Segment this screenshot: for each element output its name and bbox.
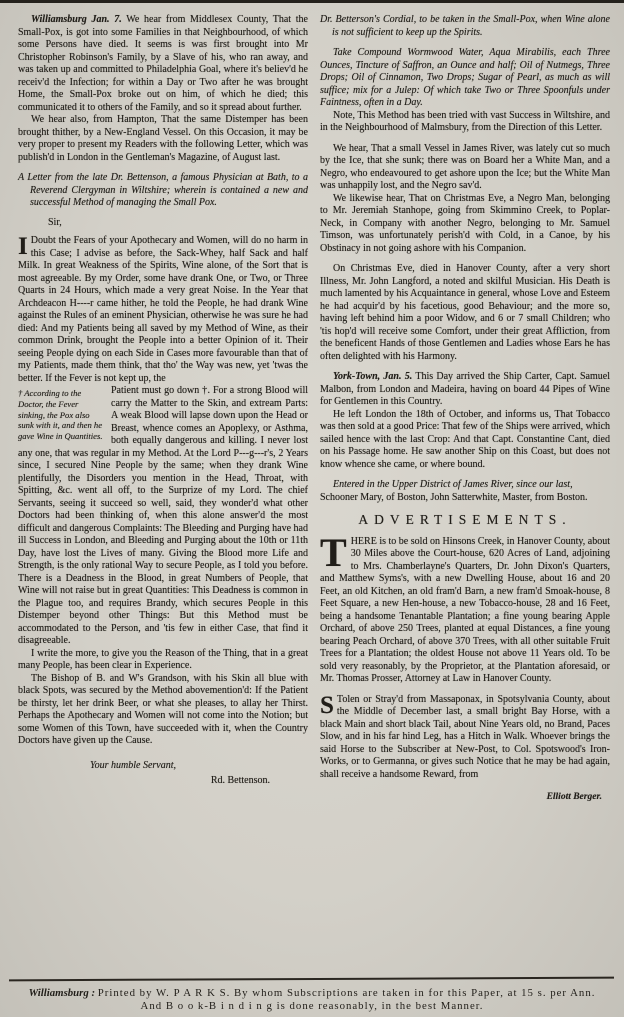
ad-stolen-horse-signature: Elliott Berger. <box>320 791 610 804</box>
imprint-rest: Printed by W. P A R K S. By whom Subscri… <box>98 987 596 999</box>
page-columns: Williamsburg Jan. 7. We hear from Middle… <box>0 3 624 804</box>
method-note: Note, This Method has been tried with va… <box>320 110 610 135</box>
letter-body-3: I write the more, to give you the Reason… <box>18 648 308 673</box>
news-yorktown-2: He left London the 18th of October, and … <box>320 409 610 472</box>
ad-land-sale: THERE is to be sold on Hinsons Creek, in… <box>320 536 610 686</box>
news-james-river-ice: We hear, That a small Vessel in James Ri… <box>320 143 610 193</box>
ad-stolen-horse: STolen or Stray'd from Massaponax, in Sp… <box>320 694 610 782</box>
advertisements-heading: ADVERTISEMENTS. <box>320 514 610 527</box>
dropcap-i: I <box>18 235 31 258</box>
dropcap-t: T <box>320 536 351 570</box>
letter-body-1-text: Doubt the Fears of your Apothecary and W… <box>18 235 308 384</box>
news-hampton-distemper: We hear also, from Hampton, That the sam… <box>18 114 308 164</box>
left-column: Williamsburg Jan. 7. We hear from Middle… <box>18 14 308 804</box>
right-column: Dr. Betterson's Cordial, to be taken in … <box>320 14 610 804</box>
ad-land-sale-text: HERE is to be sold on Hinsons Creek, in … <box>320 536 610 685</box>
imprint-line-1: Williamsburg : Printed by W. P A R K S. … <box>0 987 624 1000</box>
news-smallpox-middlesex-text: We hear from Middlesex County, That the … <box>18 14 308 113</box>
dateline-williamsburg: Williamsburg Jan. 7. <box>31 14 122 25</box>
cordial-heading: Dr. Betterson's Cordial, to be taken in … <box>320 14 610 39</box>
news-yorktown: York-Town, Jan. 5. This Day arrived the … <box>320 371 610 409</box>
newspaper-page: Williamsburg Jan. 7. We hear from Middle… <box>0 0 624 1017</box>
imprint-city: Williamsburg : <box>29 987 96 999</box>
news-smallpox-middlesex: Williamsburg Jan. 7. We hear from Middle… <box>18 14 308 114</box>
dropcap-s: S <box>320 694 337 717</box>
ad-stolen-horse-text: Tolen or Stray'd from Massaponax, in Spo… <box>320 694 610 780</box>
letter-heading: A Letter from the late Dr. Bettenson, a … <box>18 172 308 210</box>
margin-footnote: † According to the Doctor, the Fever sin… <box>18 385 111 444</box>
letter-body-1: IDoubt the Fears of your Apothecary and … <box>18 235 308 385</box>
news-christmas-eve-negro: We likewise hear, That on Christmas Eve,… <box>320 193 610 256</box>
news-langford-obituary: On Christmas Eve, died in Hanover County… <box>320 263 610 363</box>
letter-signature: Rd. Bettenson. <box>18 775 308 788</box>
imprint-footer: Williamsburg : Printed by W. P A R K S. … <box>0 978 624 1013</box>
dateline-yorktown: York-Town, Jan. 5. <box>333 371 412 382</box>
imprint-line-2: And B o o k-B i n d i n g is done reason… <box>0 1000 624 1013</box>
letter-valediction: Your humble Servant, <box>18 760 308 773</box>
footer-rule <box>9 977 614 982</box>
shipping-entered-detail: Schooner Mary, of Boston, John Satterwhi… <box>320 492 610 505</box>
cordial-recipe: Take Compound Wormwood Water, Aqua Mirab… <box>320 47 610 110</box>
shipping-entered-line: Entered in the Upper District of James R… <box>320 479 610 492</box>
letter-salutation: Sir, <box>48 217 308 230</box>
letter-body-2-block: † According to the Doctor, the Fever sin… <box>18 385 308 648</box>
letter-body-4: The Bishop of B. and W's Grandson, with … <box>18 673 308 748</box>
